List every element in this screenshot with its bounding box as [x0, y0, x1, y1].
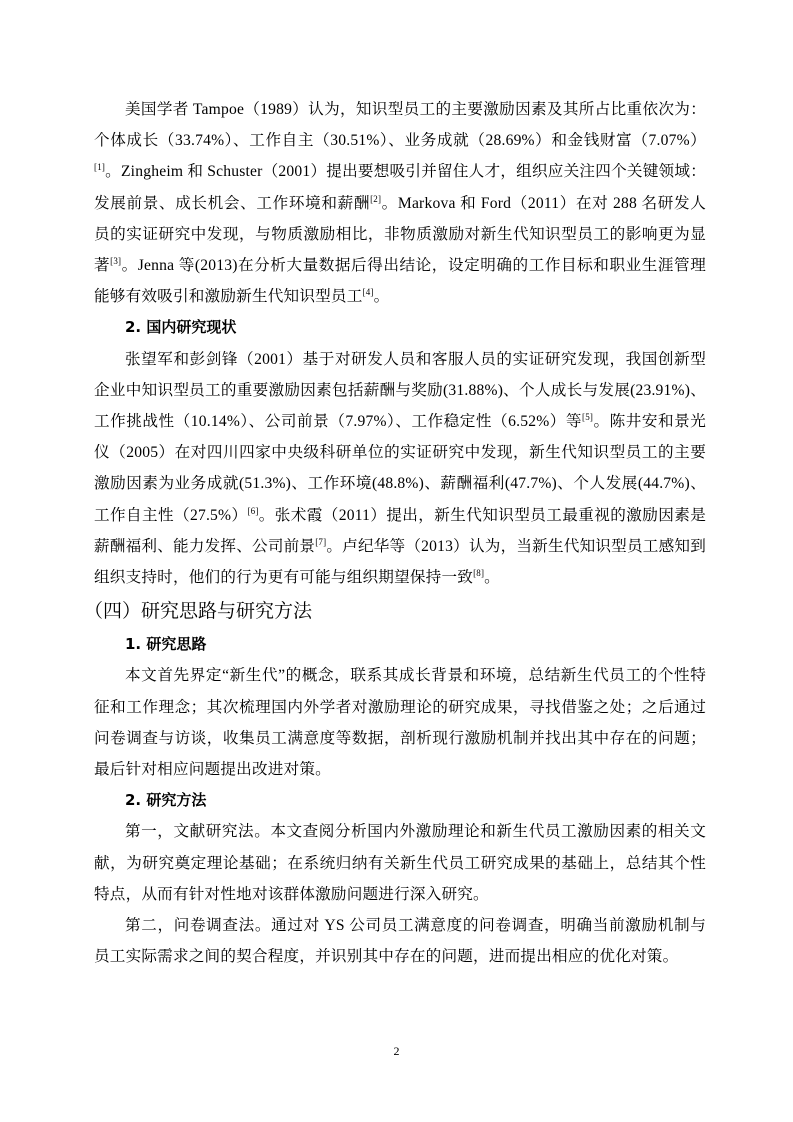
paragraph: 美国学者 Tampoe（1989）认为，知识型员工的主要激励因素及其所占比重依次…: [94, 94, 706, 312]
page-body: 美国学者 Tampoe（1989）认为，知识型员工的主要激励因素及其所占比重依次…: [94, 94, 706, 972]
document-page: 美国学者 Tampoe（1989）认为，知识型员工的主要激励因素及其所占比重依次…: [0, 0, 793, 1122]
paragraph: 第一，文献研究法。本文查阅分析国内外激励理论和新生代员工激励因素的相关文献，为研…: [94, 816, 706, 910]
paragraph: 张望军和彭剑锋（2001）基于对研发人员和客服人员的实证研究发现，我国创新型企业…: [94, 344, 706, 594]
citation-ref: [8]: [473, 568, 484, 578]
citation-ref: [5]: [582, 412, 593, 422]
text-run: 美国学者 Tampoe（1989）认为，知识型员工的主要激励因素及其所占比重依次…: [94, 101, 706, 149]
citation-ref: [3]: [110, 256, 121, 266]
text-run: 。: [374, 288, 390, 305]
citation-ref: [7]: [315, 537, 326, 547]
paragraph: 第二，问卷调查法。通过对 YS 公司员工满意度的问卷调查，明确当前激励机制与员工…: [94, 910, 706, 972]
text-run: 第二，问卷调查法。通过对 YS 公司员工满意度的问卷调查，明确当前激励机制与员工…: [94, 917, 706, 965]
citation-ref: [2]: [370, 193, 381, 203]
citation-ref: [6]: [247, 505, 258, 515]
section-heading: （四）研究思路与研究方法: [84, 593, 706, 629]
text-run: 。: [484, 569, 500, 586]
text-run: 第一，文献研究法。本文查阅分析国内外激励理论和新生代员工激励因素的相关文献，为研…: [94, 823, 706, 902]
page-number: 2: [0, 1044, 793, 1059]
text-run: 本文首先界定“新生代”的概念，联系其成长背景和环境，总结新生代员工的个性特征和工…: [94, 667, 706, 778]
subsection-heading: 2. 研究方法: [94, 785, 706, 816]
text-run: 。Jenna 等(2013)在分析大量数据后得出结论，设定明确的工作目标和职业生…: [94, 257, 706, 305]
subsection-heading: 1. 研究思路: [94, 629, 706, 660]
citation-ref: [1]: [94, 162, 105, 172]
citation-ref: [4]: [363, 287, 374, 297]
subsection-heading: 2. 国内研究现状: [94, 312, 706, 343]
paragraph: 本文首先界定“新生代”的概念，联系其成长背景和环境，总结新生代员工的个性特征和工…: [94, 660, 706, 785]
